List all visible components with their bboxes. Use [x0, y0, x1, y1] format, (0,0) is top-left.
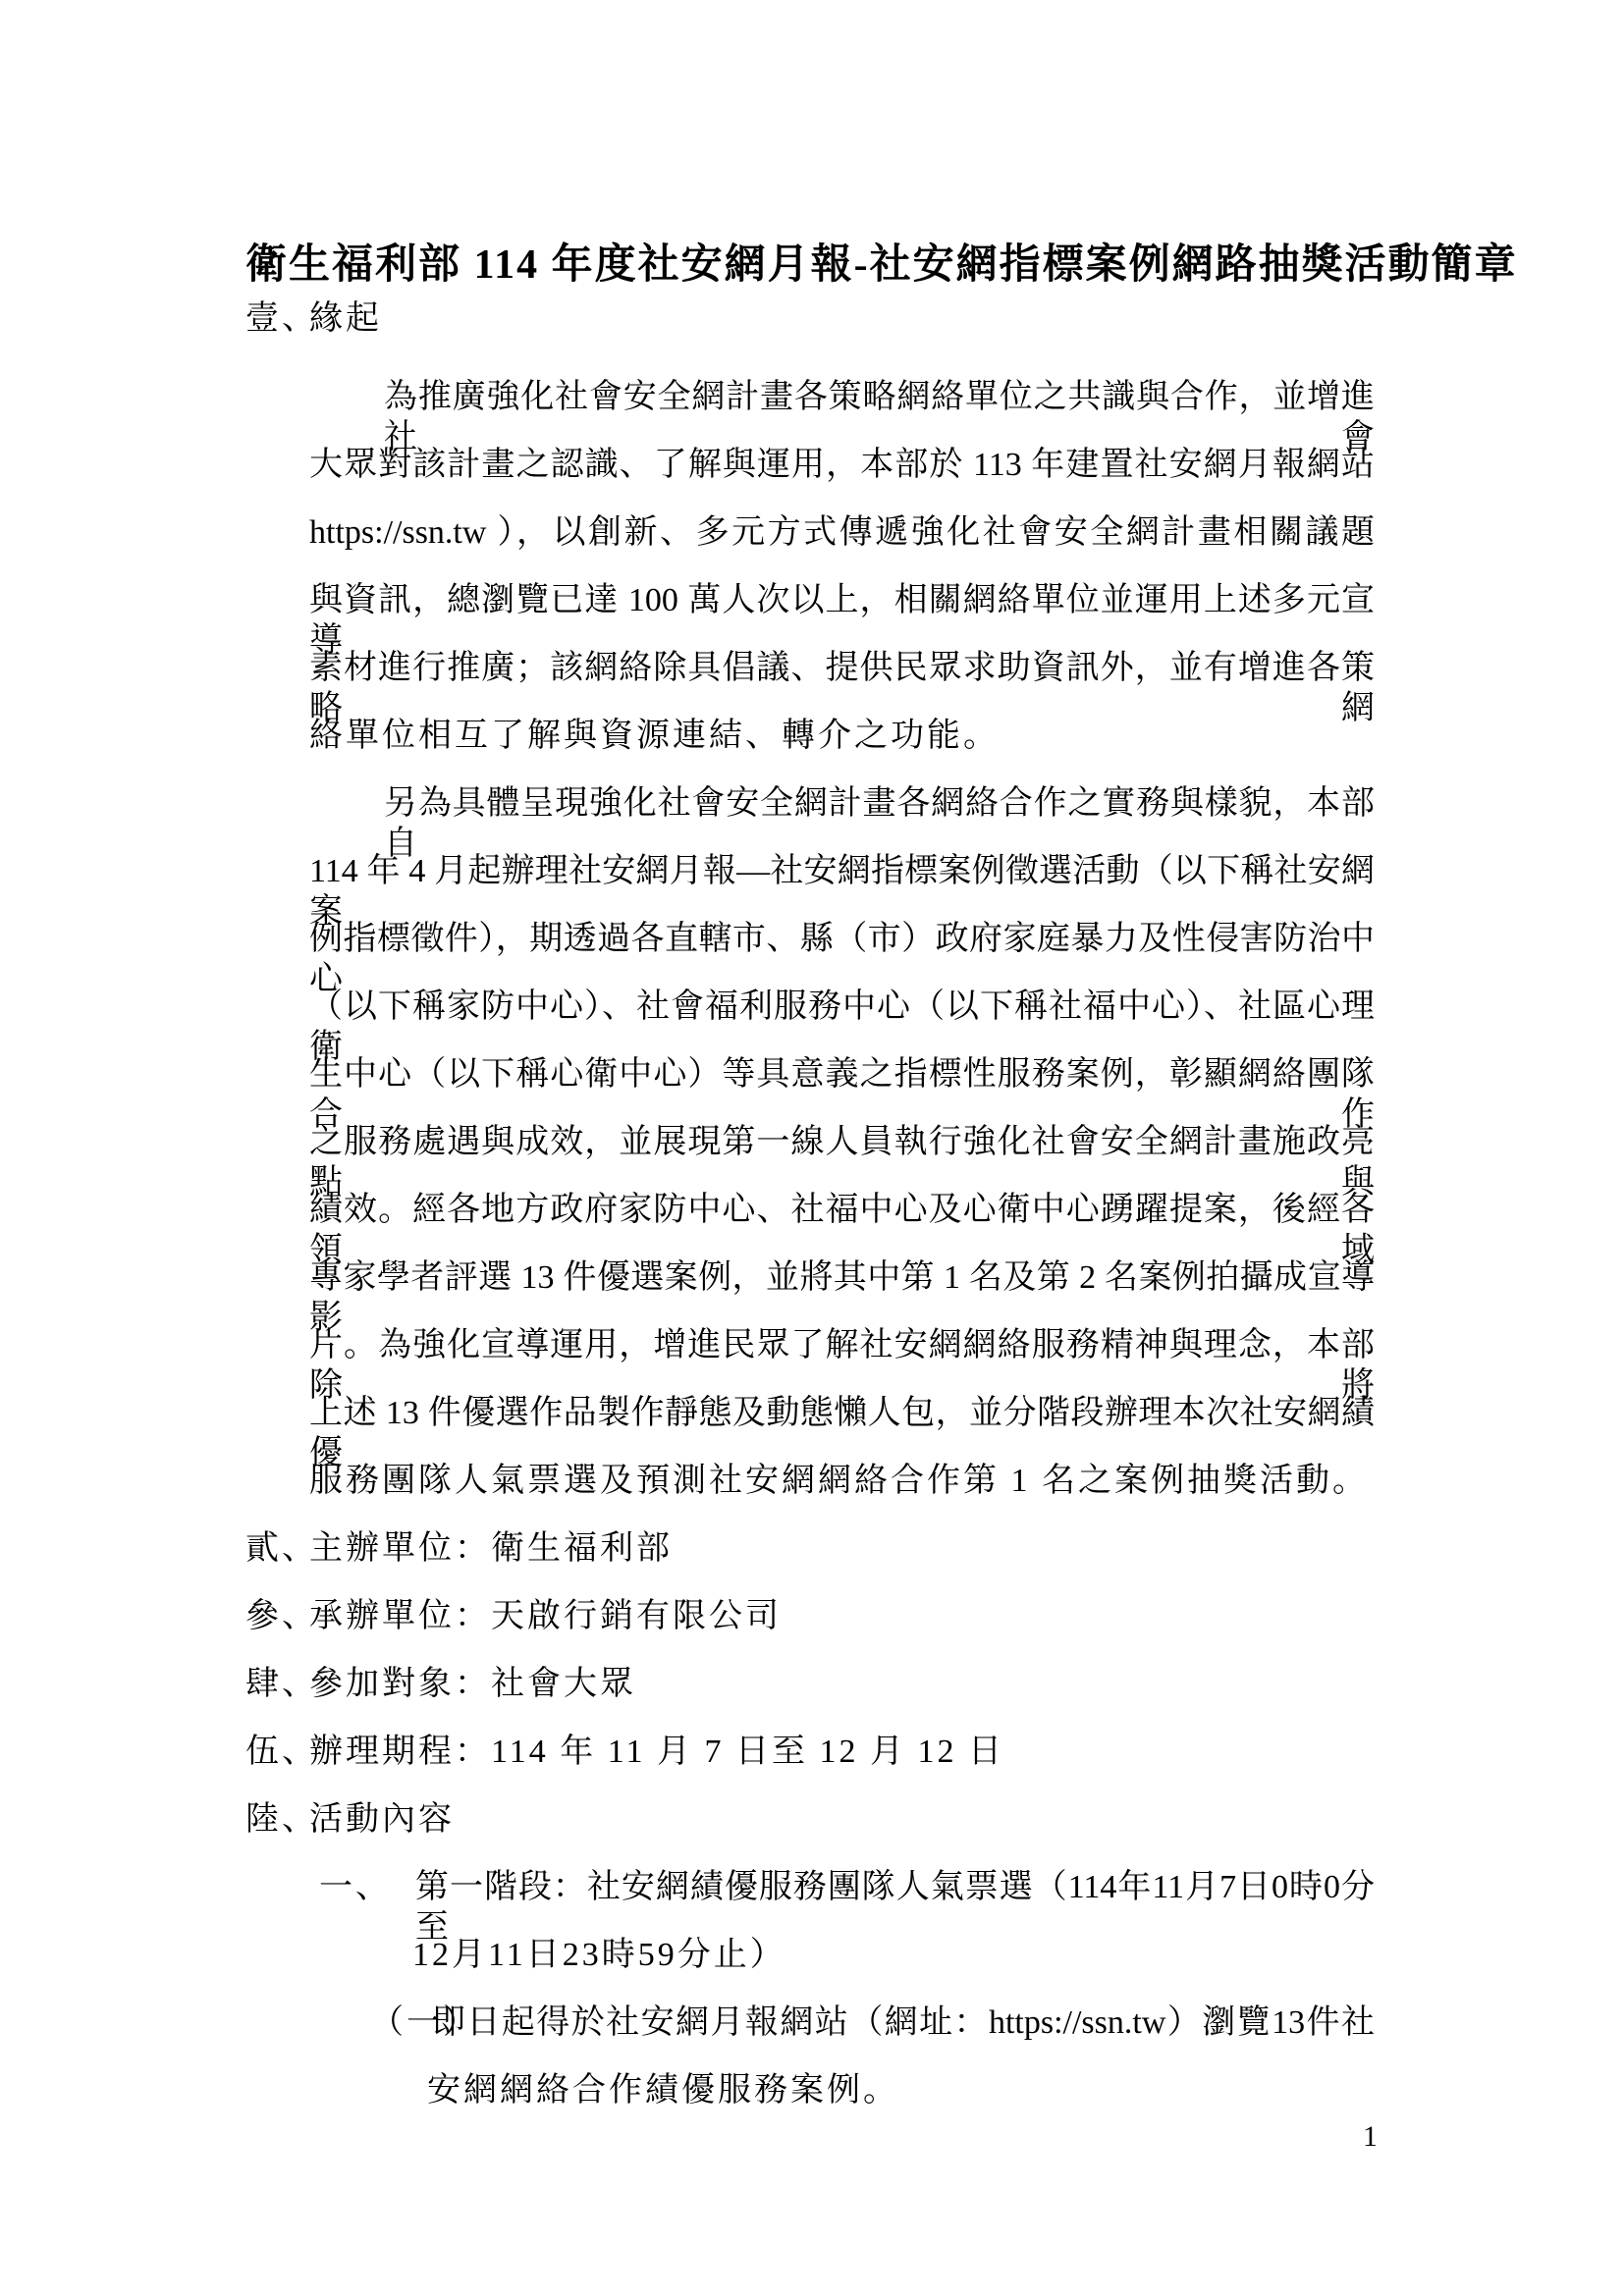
list-item: 伍、辦理期程：114 年 11 月 7 日至 12 月 12 日 — [245, 1733, 1004, 1773]
paragraph-line: https://ssn.tw ），以創新、多元方式傳遞強化社會安全網計畫相關議題 — [309, 513, 1375, 554]
list-item-text: 活動內容 — [309, 1801, 455, 1838]
list-item-text: 辦理期程：114 年 11 月 7 日至 12 月 12 日 — [309, 1734, 1004, 1770]
list-item-label: 肆、 — [245, 1665, 309, 1705]
list-item-label: 陸、 — [245, 1800, 309, 1841]
list-item: 陸、活動內容 — [245, 1800, 455, 1841]
paragraph-line: 大眾對該計畫之認識、了解與運用，本部於 113 年建置社安網月報網站 — [309, 446, 1375, 486]
list-item: 貳、主辦單位：衛生福利部 — [245, 1529, 673, 1570]
page-number: 1 — [1363, 2120, 1378, 2154]
paragraph-line: 絡單位相互了解與資源連結、轉介之功能。 — [309, 717, 1375, 757]
list-item: 肆、參加對象：社會大眾 — [245, 1665, 636, 1705]
list-item-text: 參加對象：社會大眾 — [309, 1666, 636, 1702]
list-item: 參、承辦單位：天啟行銷有限公司 — [245, 1597, 782, 1637]
list-item-label: 參、 — [245, 1597, 309, 1637]
sub-item-line: 安網網絡合作績優服務案例。 — [427, 2071, 899, 2111]
document-title: 衛生福利部 114 年度社安網月報-社安網指標案例網路抽獎活動簡章 — [245, 232, 1518, 291]
document-page: 衛生福利部 114 年度社安網月報-社安網指標案例網路抽獎活動簡章 壹、緣起 為… — [0, 0, 1624, 2296]
list-item-text: 承辦單位：天啟行銷有限公司 — [309, 1598, 782, 1634]
sub-item-line: 即日起得於社安網月報網站（網址：https://ssn.tw）瀏覽13件社 — [432, 2003, 1375, 2044]
stage-item-label: 一、 — [319, 1868, 392, 1908]
list-item-label: 伍、 — [245, 1733, 309, 1773]
section-heading-text: 緣起 — [309, 300, 382, 337]
paragraph-line: 服務團隊人氣票選及預測社安網網絡合作第 1 名之案例抽獎活動。 — [309, 1462, 1375, 1502]
section-heading-origin: 壹、緣起 — [245, 299, 382, 340]
section-label: 壹、 — [245, 299, 309, 340]
list-item-text: 主辦單位：衛生福利部 — [309, 1530, 673, 1567]
list-item-label: 貳、 — [245, 1529, 309, 1570]
stage-item-line: 12月11日23時59分止） — [412, 1936, 786, 1976]
